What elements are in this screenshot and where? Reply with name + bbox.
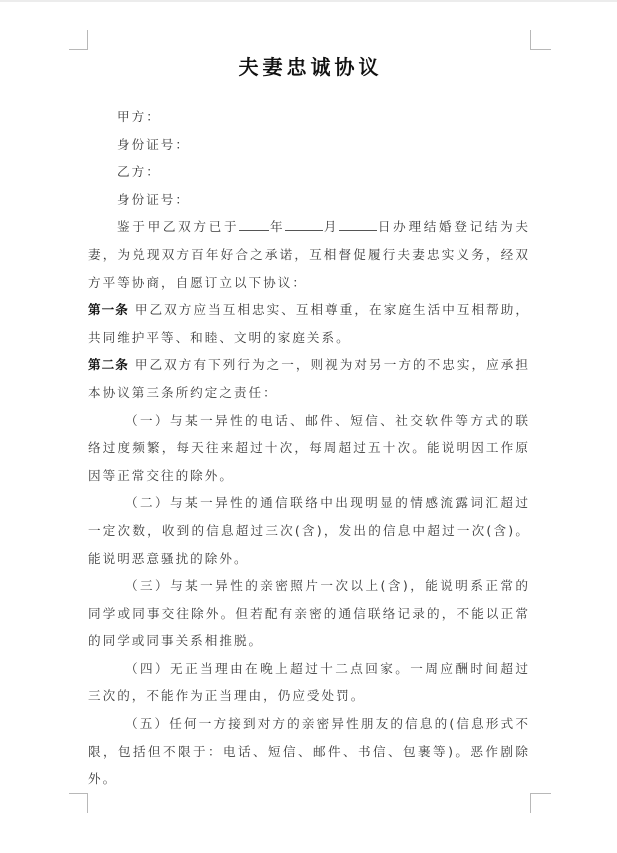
margin-corner-mark-top-left [69, 30, 88, 50]
article-2-text: 甲乙双方有下列行为之一，则视为对另一方的不忠实，应承担本协议第三条所约定之责任： [88, 357, 530, 400]
article-1-text: 甲乙双方应当互相忠实、互相尊重，在家庭生活中互相帮助，共同维护平等、和睦、文明的… [88, 302, 530, 345]
document-title: 夫妻忠诚协议 [0, 53, 617, 81]
preamble-text-start: 鉴于甲乙双方已于 [117, 219, 239, 234]
list-item-4: （四）无正当理由在晚上超过十二点回家。一周应酬时间超过三次的，不能作为正当理由，… [88, 655, 530, 710]
party-b-label: 乙方： [117, 164, 161, 179]
year-blank [239, 217, 269, 231]
article-2: 第二条甲乙双方有下列行为之一，则视为对另一方的不忠实，应承担本协议第三条所约定之… [88, 351, 530, 406]
margin-corner-mark-bottom-right [530, 793, 551, 813]
list-item-5: （五）任何一方接到对方的亲密异性朋友的信息的(信息形式不限，包括但不限于：电话、… [88, 710, 530, 793]
margin-corner-mark-bottom-left [69, 793, 88, 813]
party-b-line: 乙方： [88, 158, 530, 186]
page-top-edge [0, 0, 617, 2]
list-item-2: （二）与某一异性的通信联络中出现明显的情感流露词汇超过一定次数，收到的信息超过三… [88, 489, 530, 572]
party-a-id-label: 身份证号： [117, 137, 190, 152]
article-1-label: 第一条 [88, 302, 129, 317]
party-b-id-line: 身份证号： [88, 186, 530, 214]
party-a-label: 甲方： [117, 109, 161, 124]
month-label: 月 [323, 219, 339, 234]
party-a-id-line: 身份证号： [88, 131, 530, 159]
month-blank [285, 217, 323, 231]
party-b-id-label: 身份证号： [117, 192, 190, 207]
article-2-label: 第二条 [88, 357, 129, 372]
list-item-3: （三）与某一异性的亲密照片一次以上(含)，能说明系正常的同学或同事交往除外。但若… [88, 572, 530, 655]
list-item-1: （一）与某一异性的电话、邮件、短信、社交软件等方式的联络过度频繁，每天往来超过十… [88, 407, 530, 490]
day-blank [339, 217, 377, 231]
margin-corner-mark-top-right [530, 30, 551, 50]
party-a-line: 甲方： [88, 103, 530, 131]
document-body: 甲方： 身份证号： 乙方： 身份证号： 鉴于甲乙双方已于年月日办理结婚登记结为夫… [88, 103, 530, 793]
article-1: 第一条甲乙双方应当互相忠实、互相尊重，在家庭生活中互相帮助，共同维护平等、和睦、… [88, 296, 530, 351]
preamble-paragraph: 鉴于甲乙双方已于年月日办理结婚登记结为夫妻，为兑现双方百年好合之承诺，互相督促履… [88, 213, 530, 296]
year-label: 年 [269, 219, 285, 234]
